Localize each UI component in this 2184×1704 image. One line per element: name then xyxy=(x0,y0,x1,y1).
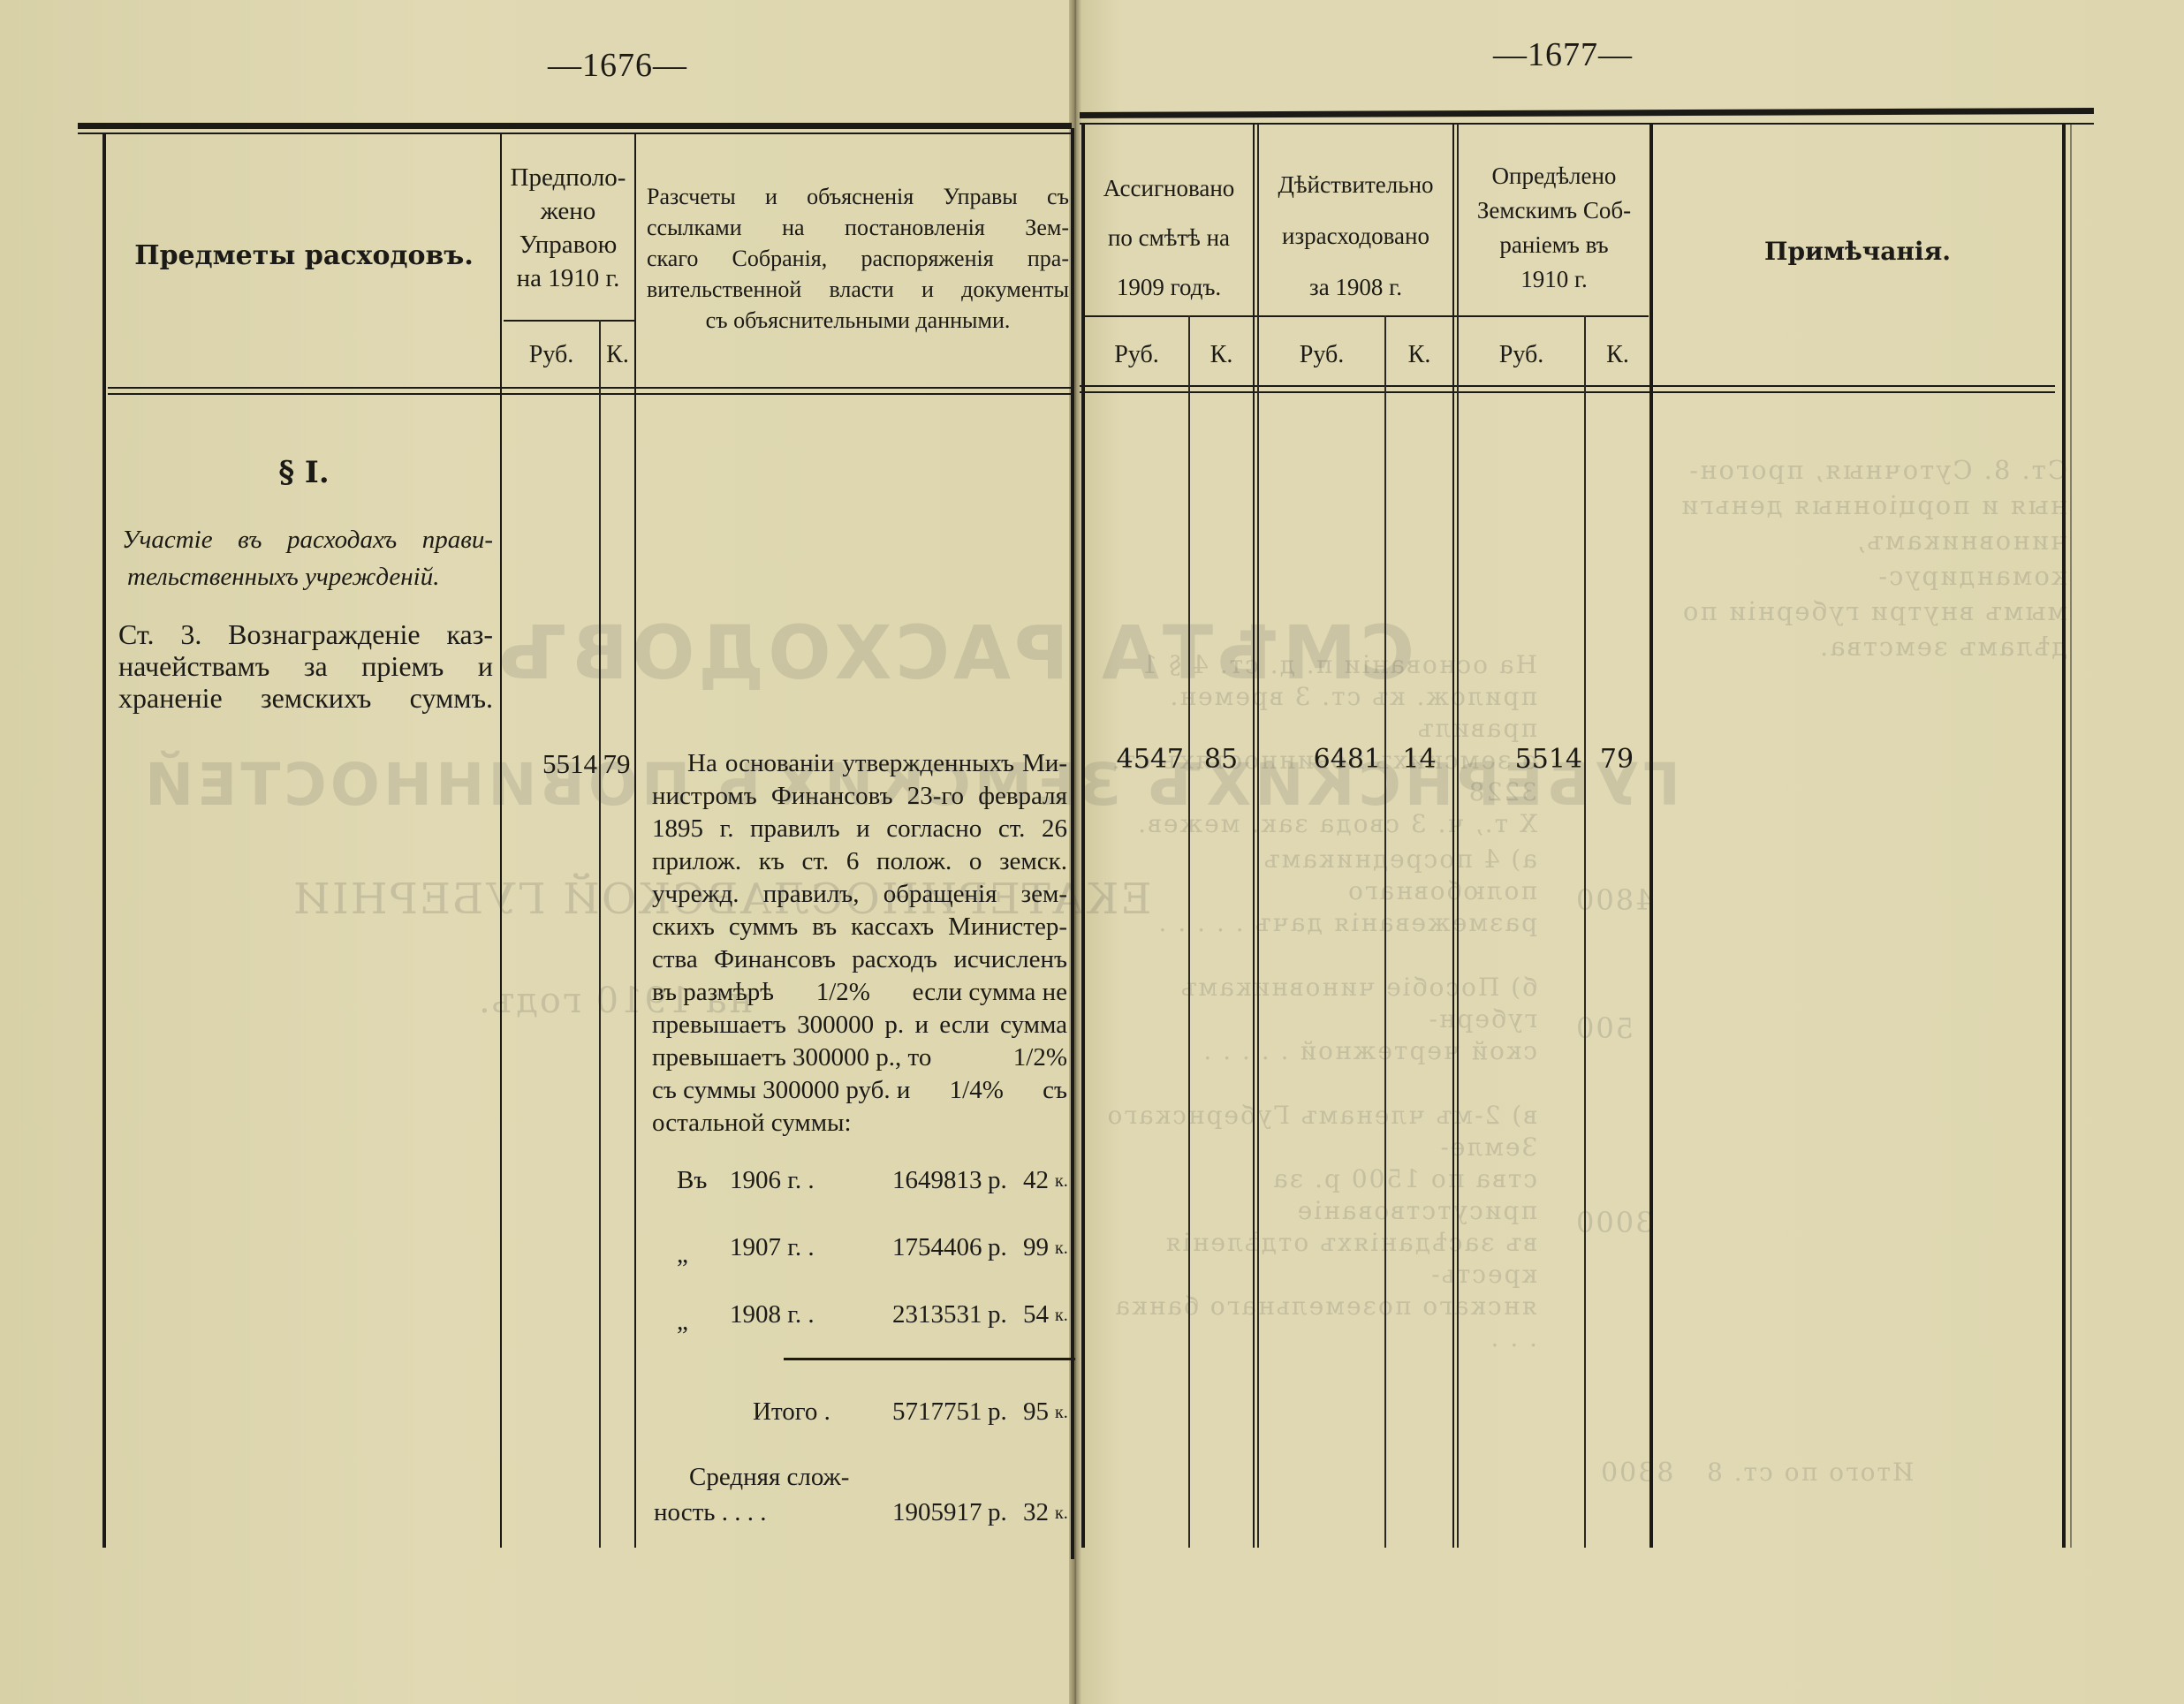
explanation-text: На основаніи утвержденныхъ Ми- нистромъ … xyxy=(652,747,1067,1140)
header-rule-left-2 xyxy=(108,393,1073,395)
article-line: начействамъ за пріемъ и xyxy=(118,650,493,682)
ghost-line: Х т., ч. 3 свода зак. межев. xyxy=(1096,808,1537,840)
ghost-line: въ засѣданіяхъ отдѣленія кресть- xyxy=(1096,1227,1537,1291)
spent-1908-rub: 6481 xyxy=(1259,744,1381,776)
header-proposed: Предполо- жено Управою на 1910 г. xyxy=(502,161,634,295)
show-through-notes: Ст. 8. Суточныя, прогон- ныя и порціонны… xyxy=(1679,452,2067,664)
year-label: 1906 г. . xyxy=(730,1166,815,1195)
header-assigned-1909: Ассигновано по смѣтѣ на 1909 годъ. xyxy=(1085,163,1253,312)
year-kop: 54 xyxy=(1023,1300,1049,1329)
right-outer-border xyxy=(2062,124,2066,1548)
year-amount: 2313531 xyxy=(892,1300,982,1329)
header-explanations: Разсчеты и объясненія Управы съ ссылками… xyxy=(647,181,1069,336)
header-rule-right xyxy=(1080,385,2055,387)
header-assigned-kop: К. xyxy=(1190,340,1253,370)
header-line: Разсчеты и объясненія Управы съ xyxy=(647,181,1069,212)
col-divider-1909-rub-kop xyxy=(1188,315,1190,1548)
article-title: Ст. 3. Вознагражденіе каз- начействамъ з… xyxy=(118,618,493,714)
explanation-line: 1895 г. правилъ и согласно ст. 26 xyxy=(652,813,1067,845)
fraction-quarter: 1/4% xyxy=(950,1074,1004,1107)
left-border xyxy=(102,134,106,1548)
ghost-line: мымъ внутри губерніи по xyxy=(1679,594,2067,629)
col-divider-1908-rub-kop xyxy=(1384,315,1386,1548)
kop-abbr: к. xyxy=(1055,1238,1068,1259)
header-assigned-rub: Руб. xyxy=(1085,340,1188,370)
header-line: Предполо- xyxy=(502,161,634,194)
ghost-line: размежеванія дачъ . . . . . xyxy=(1096,907,1537,939)
header-line: Ассигновано xyxy=(1085,163,1253,213)
explanation-line: прилож. къ ст. 6 полож. о земск. xyxy=(652,845,1067,878)
col-divider-items xyxy=(500,134,502,1548)
proposed-1910-rub: 5514 xyxy=(504,747,597,780)
explanation-line: остальной суммы: xyxy=(652,1107,1067,1140)
explanation-line: учрежд. правилъ, обращенія зем- xyxy=(652,878,1067,911)
show-through-c: в) 2-мъ членамъ Губернскаго Земле- ства … xyxy=(1096,1100,1537,1354)
assigned-1909-rub: 4547 xyxy=(1085,744,1184,776)
header-spent-1908: Дѣйствительно израсходовано за 1908 г. xyxy=(1259,159,1452,313)
explanation-line: На основаніи утвержденныхъ Ми- xyxy=(652,747,1067,780)
year-prefix: „ xyxy=(677,1307,688,1337)
header-line: 1910 г. xyxy=(1459,262,1649,297)
header-notes: Примѣчанія. xyxy=(1653,237,2062,267)
rate-text: если сумма не xyxy=(913,976,1067,1009)
col-divider-1908 xyxy=(1452,124,1454,1548)
explanation-line: превышаетъ 300000 р., то 1/2% xyxy=(652,1041,1067,1074)
kop-abbr: к. xyxy=(1055,1171,1068,1192)
page-number-right: —1677— xyxy=(1493,35,1633,74)
average-amount: 1905917 xyxy=(892,1498,982,1527)
header-line: скаго Собранія, распоряженія пра- xyxy=(647,243,1069,274)
ghost-line: ства по 1500 р. за присутствованіе xyxy=(1096,1163,1537,1227)
header-proposed-kop: К. xyxy=(601,340,634,370)
col-divider-1909-b xyxy=(1257,124,1259,1548)
right-border xyxy=(1081,124,1085,1548)
rub-abbr: р. xyxy=(988,1166,1007,1195)
year-label: 1908 г. . xyxy=(730,1300,815,1329)
header-determined-rub: Руб. xyxy=(1459,340,1584,370)
fraction-half: 1/2% xyxy=(1013,1041,1067,1074)
average-kop: 32 xyxy=(1023,1498,1049,1527)
col-divider-rub-kop xyxy=(599,320,601,1548)
header-rule-right-2 xyxy=(1080,391,2055,393)
determined-1910-rub: 5514 xyxy=(1459,744,1582,776)
right-outer-border-b xyxy=(2070,124,2072,1548)
col-divider-proposed xyxy=(634,134,636,1548)
section-title: Участіе въ расходахъ прави- тельственных… xyxy=(122,521,493,595)
header-line: 1909 годъ. xyxy=(1085,262,1253,312)
header-line: Земскимъ Соб- xyxy=(1459,193,1649,228)
sum-rule xyxy=(784,1358,1075,1360)
header-line: Дѣйствительно xyxy=(1259,159,1452,210)
show-through-amount: 3000 xyxy=(1574,1206,1653,1239)
rub-abbr: р. xyxy=(988,1498,1007,1527)
header-line: израсходовано xyxy=(1259,210,1452,261)
total-amount: 5717751 xyxy=(892,1397,982,1427)
rub-abbr: р. xyxy=(988,1300,1007,1329)
show-through-a: а) 4 посредникамъ полюбовнаго размежеван… xyxy=(1096,844,1537,939)
rate-text: съ xyxy=(1043,1074,1067,1107)
kop-abbr: к. xyxy=(1055,1306,1068,1326)
top-rule-left xyxy=(78,123,1072,129)
left-page-edge xyxy=(1071,128,1074,1559)
ghost-line: в) 2-мъ членамъ Губернскаго Земле- xyxy=(1096,1100,1537,1163)
ghost-line: дѣламъ земства. xyxy=(1679,629,2067,664)
explanation-line: въ размѣрѣ 1/2% если сумма не xyxy=(652,976,1067,1009)
year-amount: 1649813 xyxy=(892,1166,982,1195)
rub-abbr: р. xyxy=(988,1397,1007,1427)
header-rule-left xyxy=(108,387,1073,389)
col-divider-1910 xyxy=(1649,124,1653,1548)
show-through-total: Итого по ст. 8 xyxy=(1705,1458,1914,1487)
article-line: Ст. 3. Вознагражденіе каз- xyxy=(118,618,493,650)
header-line: жено xyxy=(502,194,634,228)
header-line: раніемъ въ xyxy=(1459,228,1649,262)
ghost-line: ныя и порціонныя деньги xyxy=(1679,488,2067,523)
section-title-line: Участіе въ расходахъ прави- xyxy=(122,521,493,558)
explanation-line: нистромъ Финансовъ 23-го февраля xyxy=(652,780,1067,813)
header-spent-rub: Руб. xyxy=(1259,340,1384,370)
header-determined-kop: К. xyxy=(1586,340,1649,370)
assigned-1909-kop: 85 xyxy=(1190,744,1252,776)
explanation-line: превышаетъ 300000 р. и если сумма xyxy=(652,1009,1067,1041)
rub-abbr: р. xyxy=(988,1233,1007,1262)
col-divider-1908-b xyxy=(1457,124,1459,1548)
kop-abbr: к. xyxy=(1055,1403,1068,1423)
article-line: храненіе земскихъ суммъ. xyxy=(118,682,493,714)
ghost-line: На основаніи п. д. ст. 4 § 1 xyxy=(1096,649,1537,681)
ghost-line: чиновникамъ, командирус- xyxy=(1679,523,2067,594)
ghost-line: прилож. къ ст. 3 времен. правилъ xyxy=(1096,681,1537,745)
average-label-2: ность . . . . xyxy=(654,1498,767,1527)
ghost-line: а) 4 посредникамъ полюбовнаго xyxy=(1096,844,1537,907)
header-proposed-rub: Руб. xyxy=(504,340,599,370)
ghost-line: янскаго поземельнаго банка . . . xyxy=(1096,1291,1537,1354)
year-prefix: „ xyxy=(677,1240,688,1269)
show-through-b: б) Пособіе чиновникамъ губерн- ской черт… xyxy=(1096,972,1537,1067)
col-divider-1909 xyxy=(1253,124,1255,1548)
top-rule-left-thin xyxy=(78,133,1072,134)
header-line: вительственной власти и документы xyxy=(647,274,1069,305)
subheader-rule-proposed xyxy=(504,320,634,322)
explanation-line: съ суммы 300000 руб. и 1/4% съ xyxy=(652,1074,1067,1107)
show-through-total-amount: 8300 xyxy=(1599,1458,1673,1488)
show-through-amount: 4800 xyxy=(1574,883,1653,917)
explanation-line: скихъ суммъ въ кассахъ Министер- xyxy=(652,911,1067,943)
explanation-line: ства Финансовъ расходъ исчисленъ xyxy=(652,943,1067,976)
header-line: по смѣтѣ на xyxy=(1085,213,1253,262)
average-label: Средняя слож- xyxy=(689,1463,849,1492)
header-line: съ объяснительными данными. xyxy=(647,305,1069,336)
section-title-line: тельственныхъ учрежденій. xyxy=(122,558,493,595)
fraction-half: 1/2% xyxy=(816,976,870,1009)
total-label: Итого . xyxy=(753,1397,830,1427)
determined-1910-kop: 79 xyxy=(1586,744,1648,776)
rate-text: превышаетъ 300000 р., то xyxy=(652,1041,931,1074)
header-line: Управою xyxy=(502,228,634,261)
ghost-line: б) Пособіе чиновникамъ губерн- xyxy=(1096,972,1537,1035)
year-amount: 1754406 xyxy=(892,1233,982,1262)
rate-text: съ суммы 300000 руб. и xyxy=(652,1074,910,1107)
year-kop: 99 xyxy=(1023,1233,1049,1262)
ghost-line: Ст. 8. Суточныя, прогон- xyxy=(1679,452,2067,488)
year-prefix: Въ xyxy=(677,1166,707,1195)
year-label: 1907 г. . xyxy=(730,1233,815,1262)
header-line: ссылками на постановленія Зем- xyxy=(647,212,1069,243)
header-line: на 1910 г. xyxy=(502,261,634,295)
section-mark: § I. xyxy=(108,455,500,491)
total-kop: 95 xyxy=(1023,1397,1049,1427)
header-line: за 1908 г. xyxy=(1259,261,1452,313)
page-number-left: —1676— xyxy=(548,46,687,85)
year-kop: 42 xyxy=(1023,1166,1049,1195)
subheader-rule-right xyxy=(1083,315,1649,317)
header-spent-kop: К. xyxy=(1386,340,1452,370)
header-line: Опредѣлено xyxy=(1459,159,1649,193)
proposed-1910-kop: 79 xyxy=(601,747,633,780)
header-items: Предметы расходовъ. xyxy=(108,240,500,272)
top-rule-right-thin xyxy=(1080,123,2094,125)
header-determined-1910: Опредѣлено Земскимъ Соб- раніемъ въ 1910… xyxy=(1459,159,1649,297)
spent-1908-kop: 14 xyxy=(1386,744,1452,776)
rate-text: въ размѣрѣ xyxy=(652,976,774,1009)
ghost-line: ской чертежной . . . . . xyxy=(1096,1035,1537,1067)
col-divider-1910-rub-kop xyxy=(1584,315,1586,1548)
kop-abbr: к. xyxy=(1055,1503,1068,1524)
